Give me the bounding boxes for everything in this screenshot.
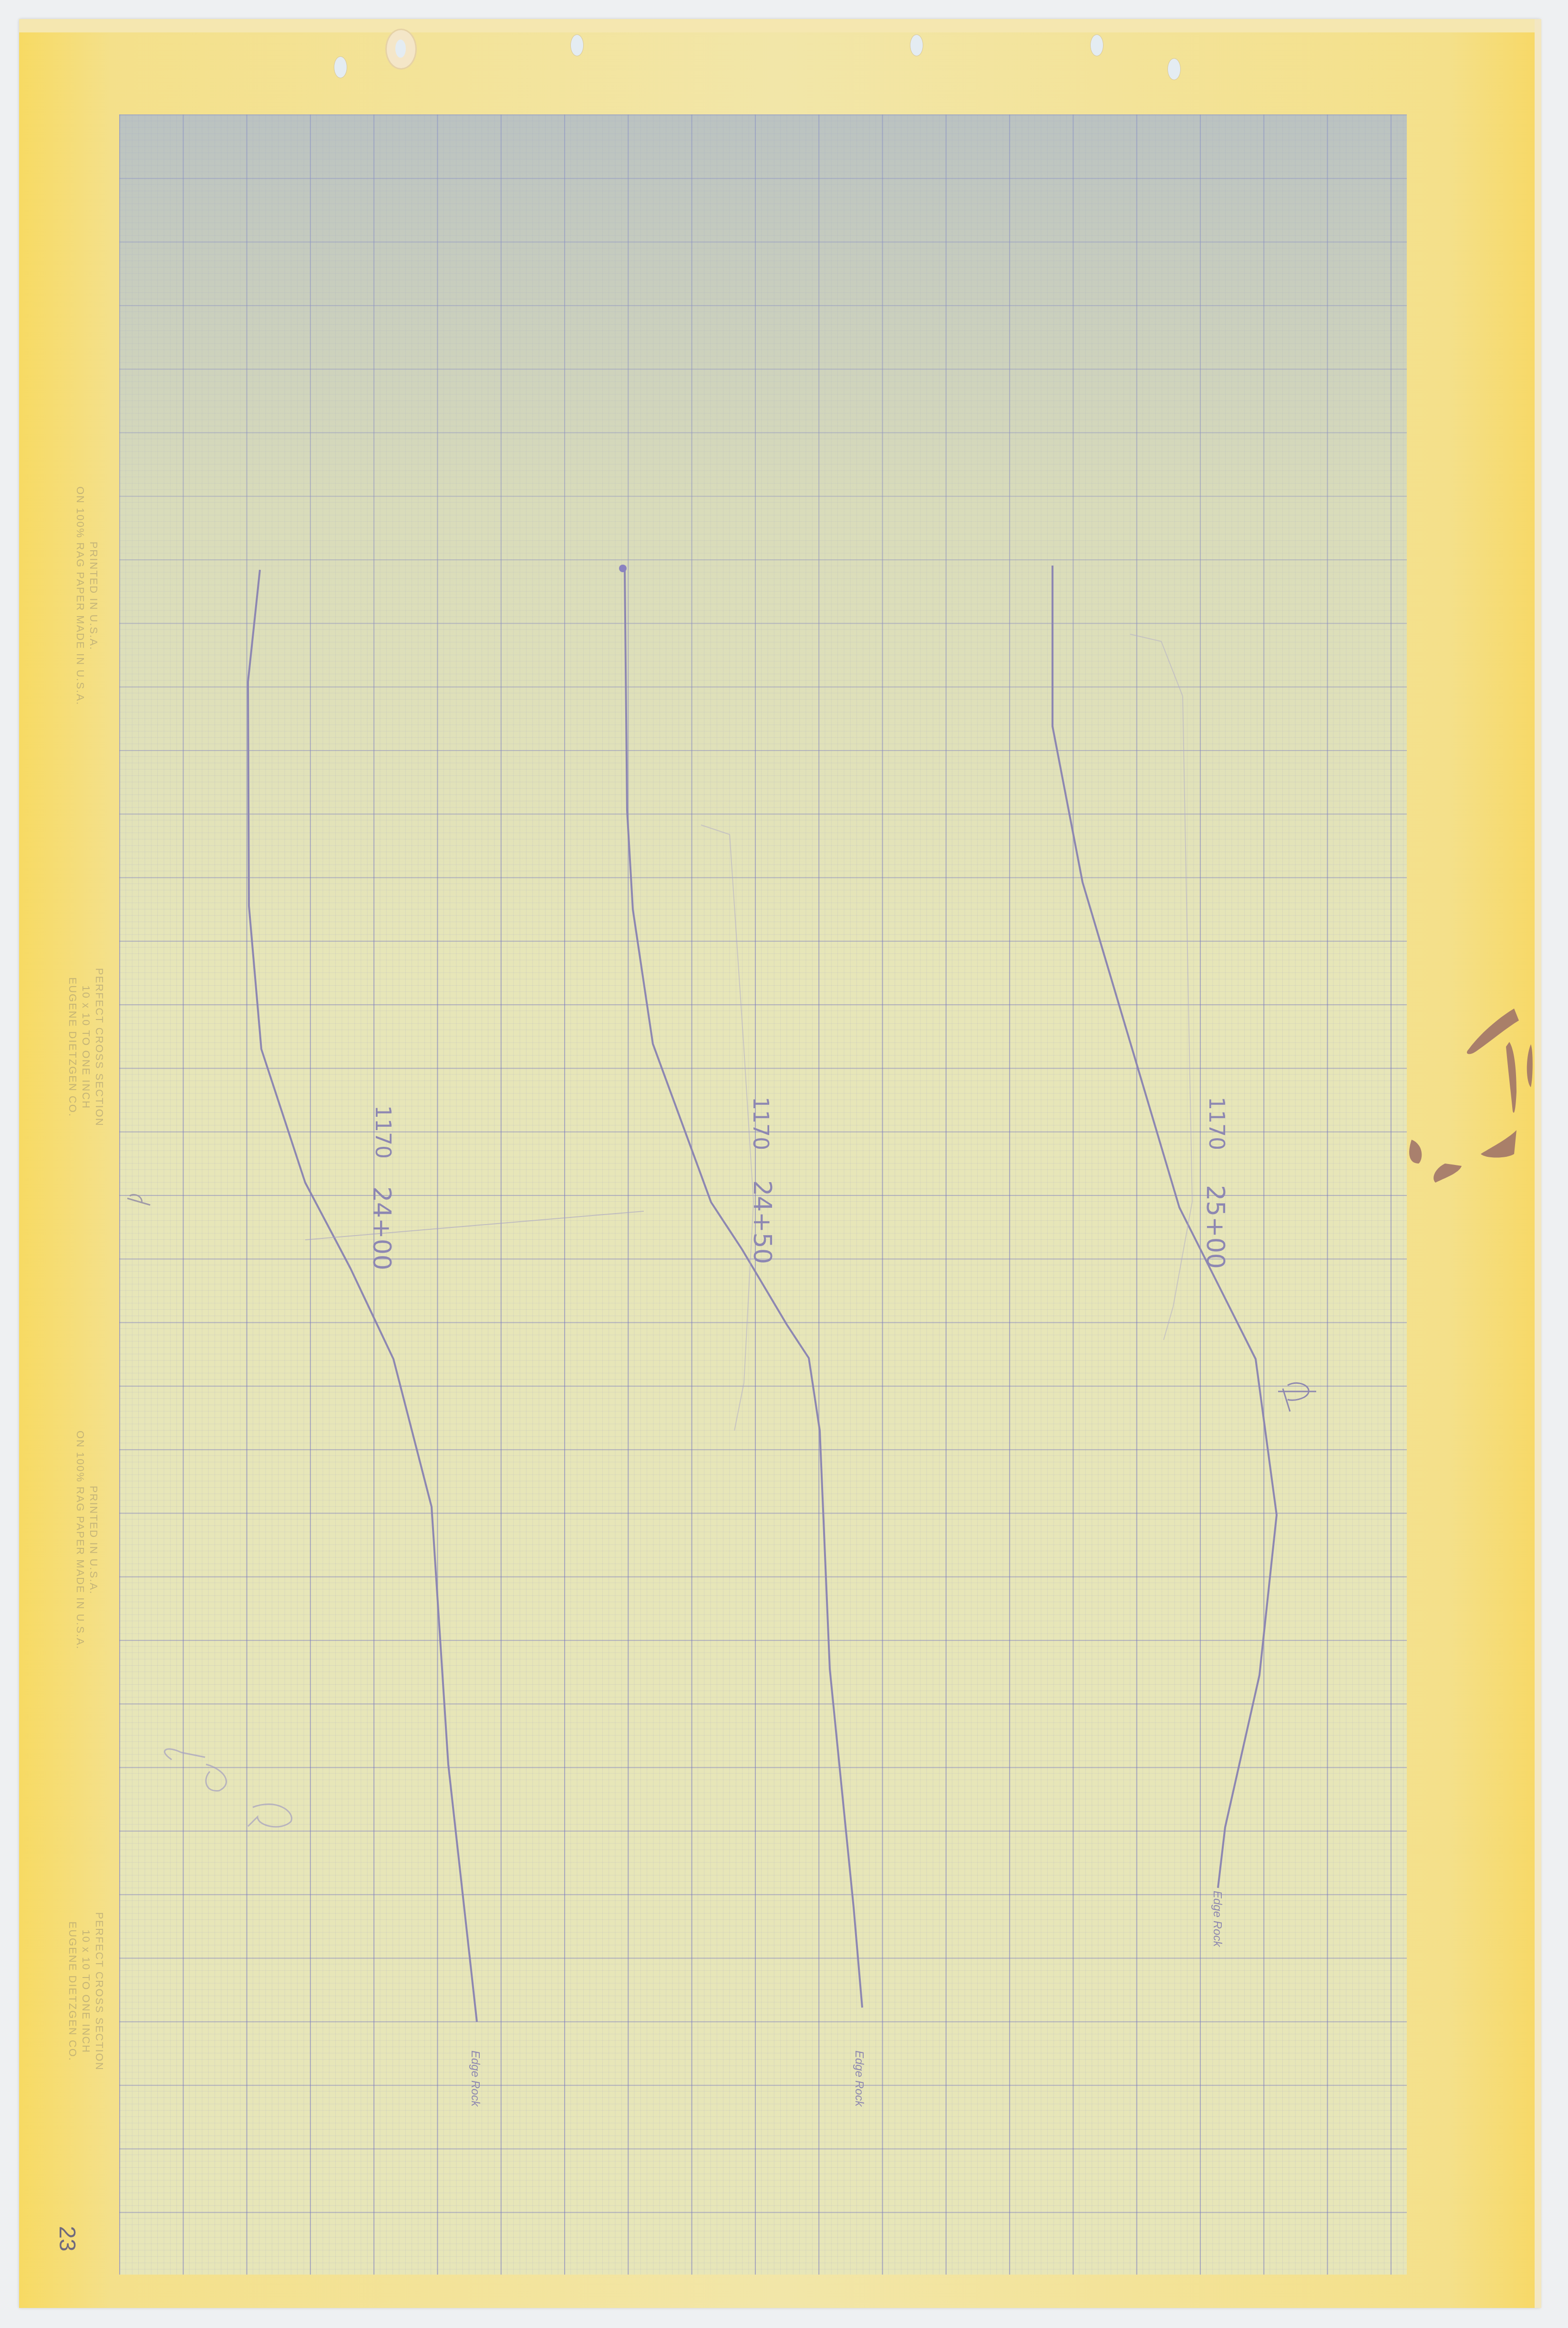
- left-centerline-mark-icon: [127, 1195, 150, 1205]
- faint-guide-line: [1130, 634, 1192, 1340]
- page-number: 23: [54, 2226, 80, 2251]
- faint-guide-line: [701, 825, 753, 1431]
- profile-line-25-00: [1052, 566, 1277, 1888]
- elevation-label-24-50: 1170: [748, 1097, 773, 1150]
- profile-line-24-00: [248, 570, 477, 2022]
- faint-centerline-stroke: [305, 1211, 644, 1240]
- water-stain: [1409, 1009, 1533, 1183]
- elevation-label-25-00: 1170: [1204, 1097, 1228, 1150]
- station-label-24-00: 24+00: [367, 1186, 396, 1270]
- elevation-label-24-00: 1170: [371, 1105, 395, 1159]
- centerline-mark-icon: [1278, 1383, 1316, 1411]
- station-label-24-50: 24+50: [748, 1180, 776, 1264]
- end-label-24-50: Edge Rock: [852, 2050, 866, 2106]
- station-label-25-00: 25+00: [1201, 1185, 1229, 1269]
- pencil-drawing-layer: [0, 0, 1568, 2328]
- end-label-24-00: Edge Rock: [468, 2050, 482, 2106]
- start-point-dot: [619, 565, 627, 572]
- end-label-25-00: Edge Rock: [1210, 1891, 1224, 1947]
- scribble-mark-icon: [165, 1749, 291, 1827]
- profile-line-24-50: [625, 570, 862, 2008]
